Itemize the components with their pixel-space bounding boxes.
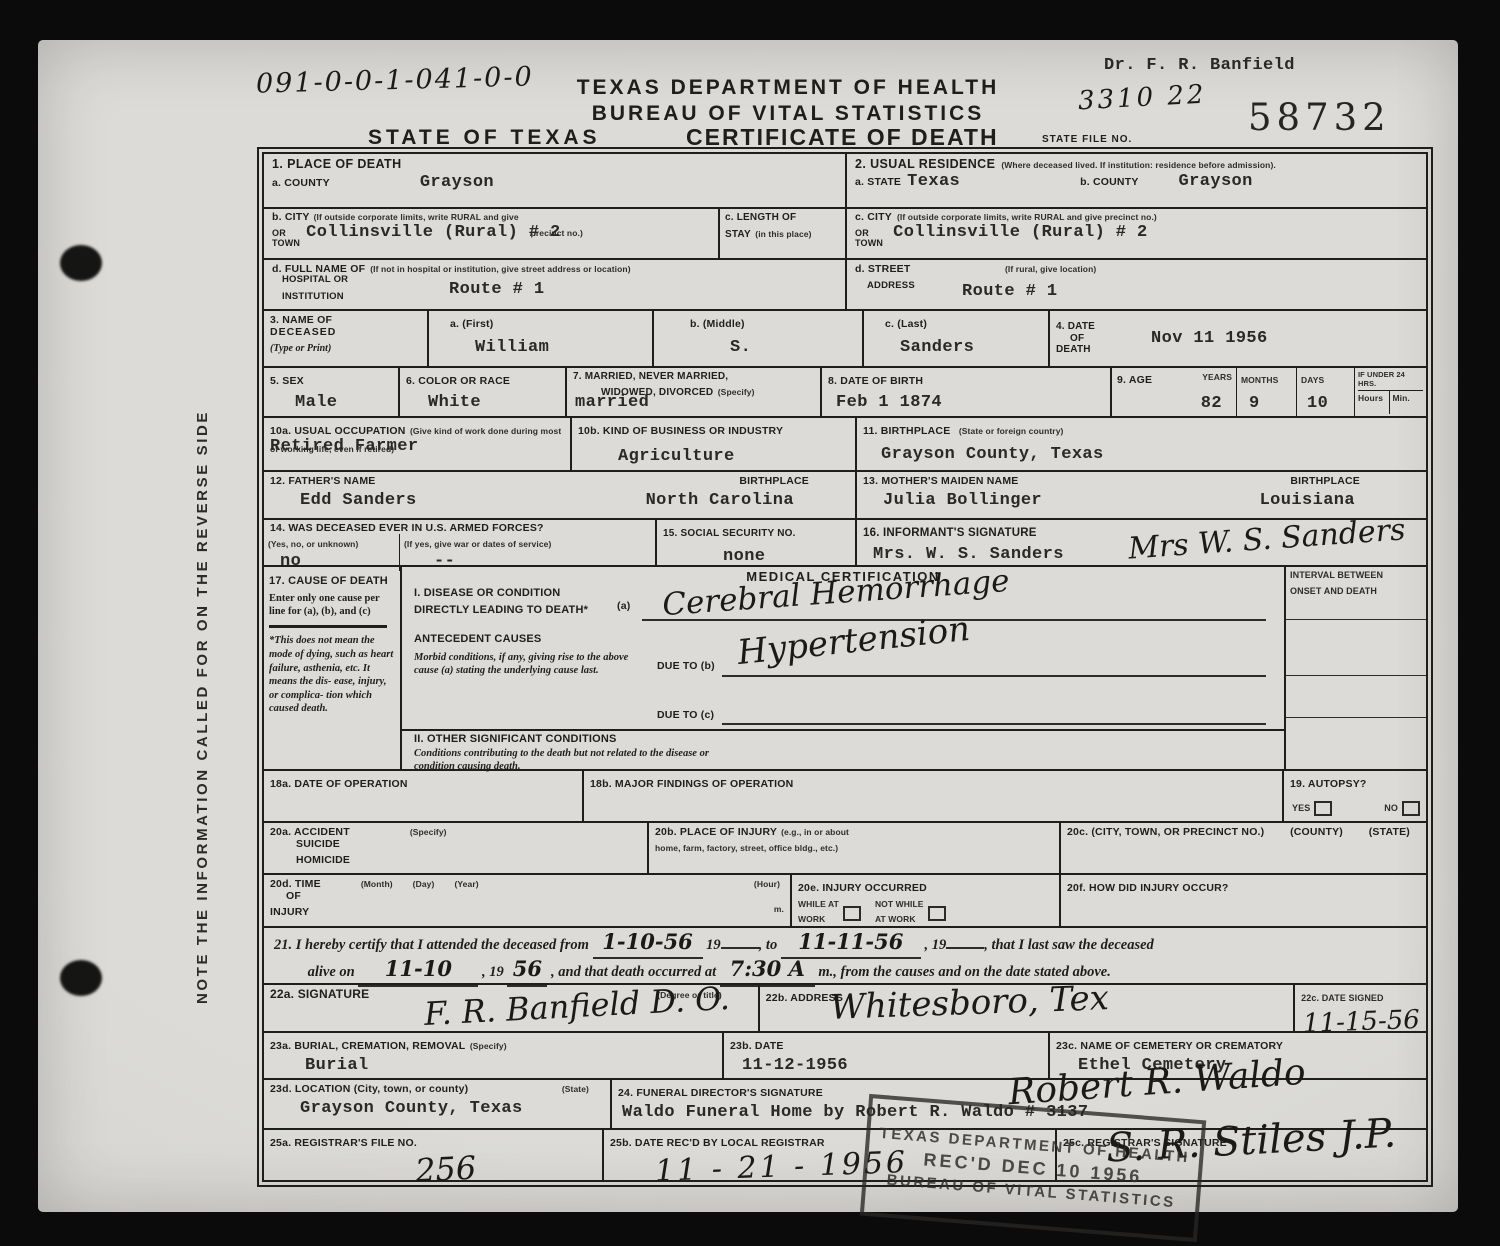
med-p1a: I. DISEASE OR CONDITION	[414, 587, 588, 600]
interval-line-b	[1286, 675, 1426, 676]
s1-city-town: TOWN	[272, 238, 300, 248]
s19-no-label: NO	[1384, 803, 1398, 814]
cell-3-middle: b. (Middle) S.	[654, 311, 864, 366]
row-name-deceased: 3. NAME OF DECEASED (Type or Print) a. (…	[264, 311, 1426, 368]
cell-20e: 20e. INJURY OCCURRED WHILE AT WORK NOT W…	[792, 875, 1061, 926]
s10b-value: Agriculture	[618, 447, 849, 466]
s22b-value: Whitesboro, Tex	[829, 982, 1109, 1024]
s9-days-value: 10	[1307, 394, 1328, 413]
s20e-not2: AT WORK	[875, 914, 916, 924]
s5-value: Male	[295, 393, 392, 412]
s9-years-value: 82	[1201, 394, 1222, 413]
s21-t6: alive on	[308, 964, 355, 980]
row-physician: 22a. SIGNATURE (Degree or title) F. R. B…	[264, 985, 1426, 1033]
s1-title: 1. PLACE OF DEATH	[272, 157, 837, 171]
s2-street-note: (If rural, give location)	[1005, 264, 1096, 274]
s20f-label: 20f. HOW DID INJURY OCCUR?	[1067, 882, 1229, 894]
film-code-handwritten: 091-0-0-1-041-0-0	[256, 64, 534, 97]
s21-blank1	[721, 947, 759, 949]
s4-label1: 4. DATE	[1056, 321, 1126, 333]
punch-hole-bottom	[60, 960, 102, 996]
dept-line1: TEXAS DEPARTMENT OF HEALTH	[508, 76, 1068, 100]
s20b-note2: home, farm, factory, street, office bldg…	[655, 843, 838, 853]
s14-note1: (Yes, no, or unknown)	[268, 539, 358, 549]
s2-county-label: b. COUNTY	[1080, 176, 1138, 188]
cell-23b: 23b. DATE 11-12-1956	[724, 1033, 1050, 1078]
med-due-b: DUE TO (b)	[657, 660, 715, 672]
s9-years-label: YEARS	[1202, 372, 1232, 382]
s1-county-value: Grayson	[420, 173, 494, 192]
s23d-label: 23d. LOCATION (City, town, or county)	[270, 1083, 468, 1095]
s7-value: married	[575, 393, 649, 412]
s2-city-town: TOWN	[855, 238, 883, 248]
s23b-label: 23b. DATE	[730, 1040, 784, 1052]
s5-label: 5. SEX	[270, 375, 304, 387]
s20e-label: 20e. INJURY OCCURRED	[798, 882, 927, 894]
s23a-note: (Specify)	[470, 1041, 507, 1051]
s7-label1: 7. MARRIED, NEVER MARRIED,	[573, 371, 814, 383]
med-b-value: Hypertension	[736, 613, 971, 670]
s20b-label: 20b. PLACE OF INJURY	[655, 826, 777, 838]
s20a-label3: HOMICIDE	[296, 854, 350, 866]
s3-middle-label: b. (Middle)	[690, 318, 745, 330]
section-place-of-death: 1. PLACE OF DEATH a. COUNTY Grayson b. C…	[264, 154, 847, 309]
s3-label3: (Type or Print)	[270, 343, 331, 354]
cell-18b: 18b. MAJOR FINDINGS OF OPERATION	[584, 771, 1284, 821]
cell-25a: 25a. REGISTRAR'S FILE NO. 256	[264, 1130, 604, 1180]
cell-2ab: 2. USUAL RESIDENCE (Where deceased lived…	[847, 154, 1426, 209]
s21-v1: 1-10-56	[602, 932, 693, 952]
s2-street-label2: ADDRESS	[867, 280, 915, 291]
cell-14-armed-forces: 14. WAS DECEASED EVER IN U.S. ARMED FORC…	[264, 520, 657, 565]
med-a-tag: (a)	[617, 600, 630, 612]
cell-17-interval: INTERVAL BETWEEN ONSET AND DEATH	[1286, 567, 1426, 769]
s8-value: Feb 1 1874	[836, 393, 1104, 412]
s21-t9: m., from the causes and on the date stat…	[818, 964, 1110, 980]
s9-label: 9. AGE	[1117, 374, 1152, 386]
s23b-value: 11-12-1956	[742, 1056, 1042, 1075]
s2-title: 2. USUAL RESIDENCE	[855, 157, 995, 171]
s1-hosp-label2: HOSPITAL OR	[282, 275, 837, 286]
med-c-line	[722, 723, 1266, 725]
s20e-while2: WORK	[798, 914, 825, 924]
s25b-label: 25b. DATE REC'D BY LOCAL REGISTRAR	[610, 1137, 825, 1149]
s1-hosp-label3: INSTITUTION	[282, 291, 344, 302]
interval-line-c	[1286, 717, 1426, 718]
cell-9-days: DAYS 10	[1297, 368, 1355, 416]
cell-2c-city: c. CITY (If outside corporate limits, wr…	[847, 209, 1426, 260]
cell-20b: 20b. PLACE OF INJURY (e.g., in or about …	[649, 823, 1061, 874]
while-at-work-checkbox	[843, 906, 861, 921]
s4-label2: OF	[1070, 333, 1126, 345]
row-forces-ssn-informant: 14. WAS DECEASED EVER IN U.S. ARMED FORC…	[264, 520, 1426, 567]
s20d-hour: (Hour)	[754, 879, 780, 889]
s19-label: 19. AUTOPSY?	[1290, 778, 1367, 790]
s11-label: 11. BIRTHPLACE	[863, 425, 950, 437]
s21-t1: 21. I hereby certify that I attended the…	[274, 937, 589, 953]
med-p2-note: Conditions contributing to the death but…	[414, 748, 734, 773]
cell-1d-hospital: d. FULL NAME OF (If not in hospital or i…	[264, 260, 845, 309]
s20d-label2: OF	[286, 890, 784, 902]
s2-state-label: a. STATE	[855, 176, 901, 188]
s20c-county: (COUNTY)	[1290, 826, 1343, 838]
s21-t2: 19	[706, 937, 721, 953]
s2-city-label: c. CITY	[855, 211, 892, 223]
certificate-form: 1. PLACE OF DEATH a. COUNTY Grayson b. C…	[262, 152, 1428, 1182]
s3-label1: 3. NAME OF	[270, 314, 421, 326]
cell-4-date-of-death: 4. DATE OF DEATH Nov 11 1956	[1050, 311, 1426, 366]
s6-label: 6. COLOR OR RACE	[406, 375, 510, 387]
med-morbid: Morbid conditions, if any, giving rise t…	[414, 651, 649, 677]
s21-t4: , 19	[924, 937, 946, 953]
s9-hours-label: Hours	[1358, 391, 1390, 414]
s3-first-label: a. (First)	[450, 318, 493, 330]
med-interval1: INTERVAL BETWEEN	[1290, 570, 1422, 581]
doctor-name-typed: Dr. F. R. Banfield	[1104, 56, 1295, 75]
reverse-side-note: NOTE THE INFORMATION CALLED FOR ON THE R…	[194, 298, 211, 1004]
cell-8-date-of-birth: 8. DATE OF BIRTH Feb 1 1874	[822, 368, 1112, 416]
med-b-line	[722, 675, 1266, 677]
s2-street-value: Route # 1	[962, 282, 1057, 301]
s23d-state: (State)	[562, 1084, 589, 1094]
s9-months-value: 9	[1249, 394, 1260, 413]
cell-2d-street: d. STREET (If rural, give location) ADDR…	[847, 260, 1426, 309]
s23d-value: Grayson County, Texas	[300, 1099, 604, 1118]
s21-t5: , that I last saw the deceased	[984, 937, 1154, 953]
row-medical-certification: 17. CAUSE OF DEATH Enter only one cause …	[264, 567, 1426, 771]
s12-birthplace: North Carolina	[646, 491, 794, 510]
s15-value: none	[723, 547, 849, 566]
cell-23d: 23d. LOCATION (City, town, or county) (S…	[264, 1080, 612, 1128]
s9-months-label: MONTHS	[1241, 375, 1278, 385]
cell-16-informant: 16. INFORMANT'S SIGNATURE Mrs. W. S. San…	[857, 520, 1426, 565]
row-injury-1: 20a. ACCIDENT (Specify) SUICIDE HOMICIDE…	[264, 823, 1426, 876]
state-file-label: STATE FILE NO.	[1042, 134, 1132, 145]
cell-5-sex: 5. SEX Male	[264, 368, 400, 416]
s24-label: 24. FUNERAL DIRECTOR'S SIGNATURE	[618, 1087, 823, 1099]
cell-23a: 23a. BURIAL, CREMATION, REMOVAL (Specify…	[264, 1033, 724, 1078]
s11-value: Grayson County, Texas	[881, 445, 1420, 464]
s3-middle-value: S.	[730, 338, 856, 357]
cell-10a-occupation: 10a. USUAL OCCUPATION (Give kind of work…	[264, 418, 572, 471]
cell-22b-address: 22b. ADDRESS Whitesboro, Tex	[760, 985, 1295, 1031]
s1-city-note-a: (If outside corporate limits, write RURA…	[314, 212, 519, 222]
row-parents: 12. FATHER'S NAME BIRTHPLACE Edd Sanders…	[264, 472, 1426, 520]
cell-17-instructions: 17. CAUSE OF DEATH Enter only one cause …	[264, 567, 402, 769]
med-due-c: DUE TO (c)	[657, 709, 714, 721]
s15-label: 15. SOCIAL SECURITY NO.	[663, 528, 796, 539]
cell-3-label: 3. NAME OF DECEASED (Type or Print)	[264, 311, 429, 366]
received-stamp: TEXAS DEPARTMENT OF HEALTH REC'D DEC 10 …	[860, 1094, 1207, 1242]
s1-length-label1: c. LENGTH OF	[725, 212, 840, 224]
s1-city-or: OR	[272, 228, 300, 238]
cell-1b-inner: b. CITY (If outside corporate limits, wr…	[264, 209, 718, 258]
cell-19-autopsy: 19. AUTOPSY? YES NO	[1284, 771, 1426, 821]
s21-t8: , and that death occurred at	[551, 964, 716, 980]
cell-9-months: MONTHS 9	[1237, 368, 1297, 416]
s20d-month: (Month)	[361, 879, 393, 889]
s16-label: 16. INFORMANT'S SIGNATURE	[863, 527, 1037, 539]
med-divider	[402, 729, 1284, 731]
certificate-paper: NOTE THE INFORMATION CALLED FOR ON THE R…	[38, 40, 1458, 1212]
s6-value: White	[428, 393, 559, 412]
s3-last-label: c. (Last)	[885, 318, 927, 330]
row-place-residence: 1. PLACE OF DEATH a. COUNTY Grayson b. C…	[264, 154, 1426, 311]
s20c-state: (STATE)	[1369, 826, 1410, 838]
cell-11-birthplace: 11. BIRTHPLACE (State or foreign country…	[857, 418, 1426, 471]
s25a-label: 25a. REGISTRAR'S FILE NO.	[270, 1137, 417, 1149]
s17-instr2: *This does not mean the mode of dying, s…	[269, 634, 395, 716]
s20a-label2: SUICIDE	[296, 838, 641, 850]
s3-label2: DECEASED	[270, 326, 421, 338]
s23a-value: Burial	[305, 1056, 716, 1075]
not-while-at-work-checkbox	[928, 906, 946, 921]
s13-birthplace: Louisiana	[1260, 491, 1355, 510]
s21-blank2	[946, 947, 984, 949]
certificate-title: CERTIFICATE OF DEATH	[686, 124, 999, 151]
s20d-label1: 20d. TIME	[270, 878, 321, 890]
s1-hosp-note: (If not in hospital or institution, give…	[370, 264, 630, 274]
s13-label: 13. MOTHER'S MAIDEN NAME	[863, 475, 1018, 487]
row-demographics: 5. SEX Male 6. COLOR OR RACE White 7. MA…	[264, 368, 1426, 418]
cell-20f: 20f. HOW DID INJURY OCCUR?	[1061, 875, 1426, 926]
row-occupation: 10a. USUAL OCCUPATION (Give kind of work…	[264, 418, 1426, 473]
s2-city-value: Collinsville (Rural) # 2	[893, 223, 1147, 242]
section-usual-residence: 2. USUAL RESIDENCE (Where deceased lived…	[847, 154, 1426, 309]
cell-3-last: c. (Last) Sanders	[864, 311, 1050, 366]
s25a-value: 256	[414, 1146, 596, 1186]
s11-note: (State or foreign country)	[959, 426, 1064, 436]
s12-label: 12. FATHER'S NAME	[270, 475, 375, 487]
s20d-m: m.	[774, 904, 784, 914]
cell-9-years: 9. AGE YEARS 82	[1112, 368, 1237, 416]
cell-17-medical: MEDICAL CERTIFICATION I. DISEASE OR COND…	[402, 567, 1286, 769]
autopsy-no-checkbox	[1402, 801, 1420, 816]
punch-hole-top	[60, 245, 102, 281]
s17-label: 17. CAUSE OF DEATH	[269, 575, 388, 587]
s7-label3: (Specify)	[718, 387, 755, 397]
cell-1b-city: b. CITY (If outside corporate limits, wr…	[264, 209, 845, 260]
s4-label3: DEATH	[1056, 344, 1126, 356]
cell-22a-signature: 22a. SIGNATURE (Degree or title) F. R. B…	[264, 985, 760, 1031]
s1-city-label: b. CITY	[272, 211, 310, 223]
s20d-label3: INJURY	[270, 906, 309, 918]
state-of-texas: STATE OF TEXAS	[368, 126, 601, 150]
s21-t7: , 19	[482, 964, 504, 980]
s21-v3: 11-10	[385, 959, 452, 979]
s20d-day: (Day)	[413, 879, 435, 889]
med-antecedent: ANTECEDENT CAUSES	[414, 633, 541, 646]
med-interval2: ONSET AND DEATH	[1290, 586, 1377, 596]
cell-7-marital: 7. MARRIED, NEVER MARRIED, WIDOWED, DIVO…	[567, 368, 822, 416]
s21-v4: 56	[513, 959, 542, 979]
s2-state-value: Texas	[907, 172, 960, 191]
s12-name: Edd Sanders	[300, 491, 417, 510]
s20e-while1: WHILE AT	[798, 899, 839, 909]
s1-length-note: (in this place)	[755, 229, 811, 239]
s22c-label: 22c. DATE SIGNED	[1301, 993, 1383, 1003]
row-injury-2: 20d. TIME (Month) (Day) (Year) (Hour) OF…	[264, 875, 1426, 928]
med-p2: II. OTHER SIGNIFICANT CONDITIONS	[414, 733, 617, 746]
med-p1b: DIRECTLY LEADING TO DEATH*	[414, 604, 588, 616]
s10b-label: 10b. KIND OF BUSINESS OR INDUSTRY	[578, 425, 783, 437]
microfilm-background: NOTE THE INFORMATION CALLED FOR ON THE R…	[0, 0, 1500, 1246]
cell-15-ssn: 15. SOCIAL SECURITY NO. none	[657, 520, 857, 565]
s13-name: Julia Bollinger	[883, 491, 1042, 510]
s2-county-value: Grayson	[1179, 172, 1253, 191]
s1-length-label2: STAY	[725, 229, 751, 240]
s12-bp-label: BIRTHPLACE	[739, 475, 809, 487]
cell-20c: 20c. (CITY, TOWN, OR PRECINCT NO.) (COUN…	[1061, 823, 1426, 874]
row-registrar: 25a. REGISTRAR'S FILE NO. 256 25b. DATE …	[264, 1130, 1426, 1180]
row-operation: 18a. DATE OF OPERATION 18b. MAJOR FINDIN…	[264, 771, 1426, 823]
s13-bp-label: BIRTHPLACE	[1290, 475, 1360, 487]
s23c-label: 23c. NAME OF CEMETERY OR CREMATORY	[1056, 1040, 1283, 1052]
s4-value: Nov 11 1956	[1151, 329, 1268, 348]
cell-1a-county: 1. PLACE OF DEATH a. COUNTY Grayson	[264, 154, 845, 209]
s1-county-label: a. COUNTY	[272, 177, 330, 189]
s10a-value: Retired Farmer	[270, 437, 418, 456]
s18a-label: 18a. DATE OF OPERATION	[270, 778, 408, 790]
s21-v5: 7:30 A	[730, 959, 805, 979]
s1-city-note-b: precinct no.)	[531, 228, 583, 238]
s14-note2: (If yes, give war or dates of service)	[404, 539, 551, 549]
s2-city-note: (If outside corporate limits, write RURA…	[897, 212, 1157, 222]
cell-12-father: 12. FATHER'S NAME BIRTHPLACE Edd Sanders…	[264, 472, 857, 518]
s9-min-label: Min.	[1390, 391, 1424, 414]
row-certify-statement: 21. I hereby certify that I attended the…	[264, 928, 1426, 985]
s3-last-value: Sanders	[900, 338, 1042, 357]
s19-yes-label: YES	[1292, 803, 1310, 814]
s22a-label: 22a. SIGNATURE	[270, 988, 369, 1002]
s9-days-label: DAYS	[1301, 375, 1324, 385]
cell-6-color-race: 6. COLOR OR RACE White	[400, 368, 567, 416]
s21-t3: , to	[759, 937, 778, 953]
s21-v2: 11-11-56	[798, 932, 903, 952]
s20e-not1: NOT WHILE	[875, 899, 924, 909]
handwritten-number: 3310 22	[1077, 83, 1207, 114]
cell-20a: 20a. ACCIDENT (Specify) SUICIDE HOMICIDE	[264, 823, 649, 874]
s18b-label: 18b. MAJOR FINDINGS OF OPERATION	[590, 778, 793, 790]
s8-label: 8. DATE OF BIRTH	[828, 375, 923, 387]
s1-hosp-value: Route # 1	[449, 280, 544, 299]
cell-10b-industry: 10b. KIND OF BUSINESS OR INDUSTRY Agricu…	[572, 418, 857, 471]
cell-18a: 18a. DATE OF OPERATION	[264, 771, 584, 821]
s10a-label: 10a. USUAL OCCUPATION	[270, 425, 405, 437]
s20b-note1: (e.g., in or about	[781, 827, 849, 837]
cell-1c-length-of-stay: c. LENGTH OF STAY (in this place)	[718, 209, 845, 258]
cell-13-mother: 13. MOTHER'S MAIDEN NAME BIRTHPLACE Juli…	[857, 472, 1426, 518]
autopsy-yes-checkbox	[1314, 801, 1332, 816]
interval-line-a	[1286, 619, 1426, 620]
s20a-label1: 20a. ACCIDENT	[270, 826, 350, 838]
s20c-label: 20c. (CITY, TOWN, OR PRECINCT NO.)	[1067, 826, 1264, 838]
cell-9-under24: IF UNDER 24 HRS. Hours Min.	[1355, 368, 1426, 416]
state-file-number: 58732	[1248, 96, 1391, 139]
s2-city-or: OR	[855, 228, 883, 238]
cell-9-age: 9. AGE YEARS 82 MONTHS 9 DAYS 10 IF UNDE…	[1112, 368, 1426, 416]
s1-city-value: Collinsville (Rural) # 2	[306, 223, 560, 242]
s20d-year: (Year)	[454, 879, 478, 889]
cell-3-first: a. (First) William	[429, 311, 654, 366]
s3-first-value: William	[475, 338, 646, 357]
s23a-label: 23a. BURIAL, CREMATION, REMOVAL	[270, 1040, 465, 1052]
s20a-note: (Specify)	[410, 827, 447, 837]
s9-under24-label: IF UNDER 24 HRS.	[1358, 370, 1423, 388]
cell-22c-date-signed: 22c. DATE SIGNED 11-15-56	[1295, 985, 1426, 1031]
s17-divider	[269, 625, 387, 628]
cell-20d: 20d. TIME (Month) (Day) (Year) (Hour) OF…	[264, 875, 792, 926]
dept-line2: BUREAU OF VITAL STATISTICS	[508, 102, 1068, 126]
s14-label: 14. WAS DECEASED EVER IN U.S. ARMED FORC…	[264, 520, 655, 534]
s2-street-label1: d. STREET	[855, 263, 945, 275]
s17-instr1: Enter only one cause per line for (a), (…	[269, 592, 395, 618]
s2-note: (Where deceased lived. If institution: r…	[1001, 160, 1276, 170]
